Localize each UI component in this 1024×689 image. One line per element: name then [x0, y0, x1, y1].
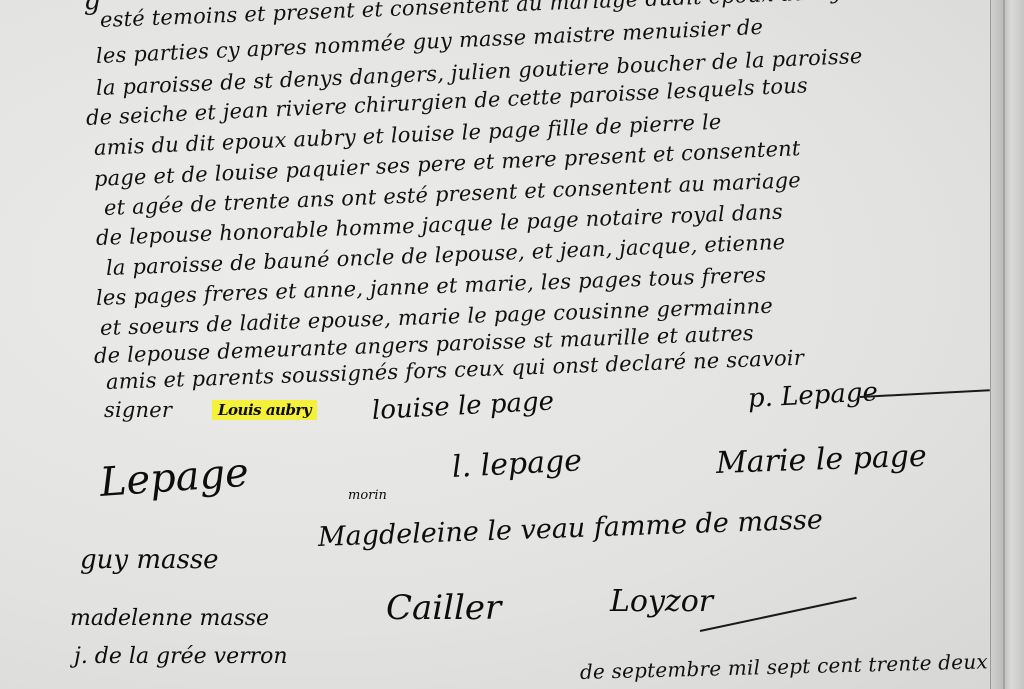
bottom-fragment: de septembre mil sept cent trente deux: [580, 649, 988, 684]
highlighted-signature[interactable]: Louis aubry: [212, 400, 317, 420]
signature-l-lepage: l. lepage: [451, 443, 583, 485]
body-line-14: signer: [104, 398, 172, 422]
signature-lepage: Lepage: [98, 450, 250, 506]
page-fold-line: [1003, 0, 1005, 689]
signature-louise-le-page: louise le page: [371, 386, 554, 425]
top-fragment: g: [84, 0, 101, 16]
register-page: g esté temoins et present et consentent …: [0, 0, 1024, 689]
loyzor-flourish: [700, 597, 857, 632]
signature-marie-le-page: Marie le page: [715, 439, 927, 481]
signature-morin: morin: [348, 488, 387, 503]
signature-loyzor: Loyzor: [610, 584, 713, 619]
signature-de-la-gree-verron: j. de la grée verron: [74, 644, 288, 669]
signature-guy-masse: guy masse: [80, 545, 219, 575]
signature-cailler: Cailler: [386, 588, 501, 628]
signature-p-lepage: p. Lepage: [747, 377, 878, 414]
signature-flourish: [860, 389, 990, 398]
signature-madelenne-masse: madelenne masse: [70, 606, 269, 631]
page-binding-edge: [990, 0, 1024, 689]
signature-magdeleine-le-veau: Magdeleine le veau famme de masse: [317, 504, 823, 553]
